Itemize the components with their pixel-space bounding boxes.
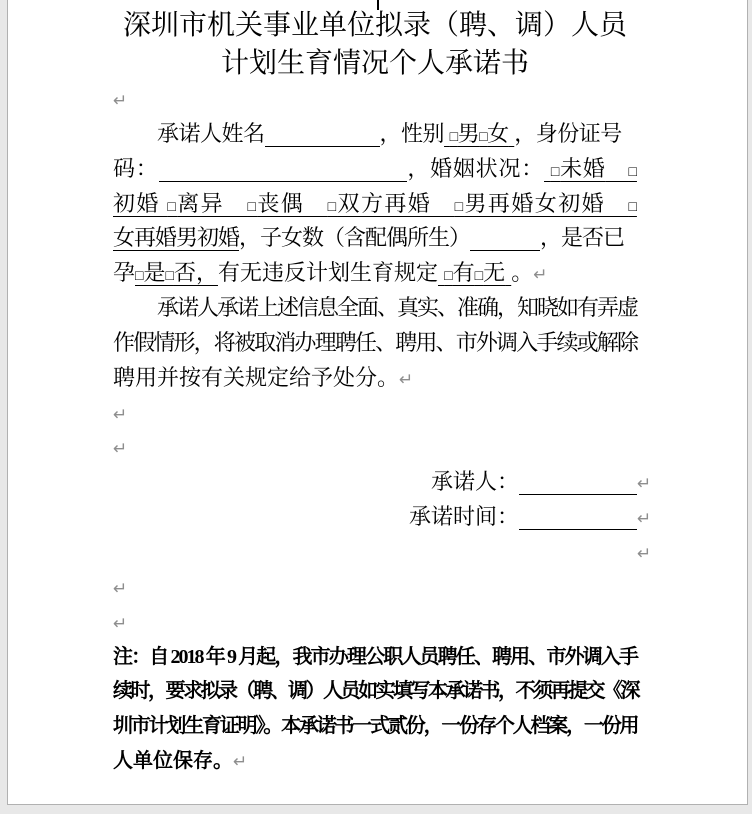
doc-title-line-2: 计划生育情况个人承诺书 xyxy=(113,44,637,82)
checkbox-pregnant-no[interactable]: □ xyxy=(166,267,174,283)
text-run: 女 xyxy=(487,121,509,146)
note-line-1: 注：自 2018 年 9 月起，我市办理公职人员聘任、聘用、市外调入手 xyxy=(113,640,637,675)
empty-paragraph: ↵ xyxy=(113,430,637,465)
gender-field: □男□女 xyxy=(444,121,514,146)
text-run: 男再婚女初婚 xyxy=(465,191,629,216)
note-line-4: 人单位保存。↵ xyxy=(113,744,637,779)
text-run: 承诺人姓名 xyxy=(157,121,265,146)
text-run: 男 xyxy=(458,121,480,146)
empty-paragraph: ↵ xyxy=(113,570,637,605)
signature-date-blank[interactable] xyxy=(519,529,637,530)
text-run: 女再婚男初婚 xyxy=(113,225,239,250)
paragraph-mark-icon: ↵ xyxy=(399,370,413,390)
signature-date-line: 承诺时间：↵ xyxy=(113,500,637,535)
paragraph-mark-icon: ↵ xyxy=(533,265,547,285)
form-line-id-marital: 码：，婚姻状况： □未婚 □ xyxy=(113,152,637,187)
text-run: 双方再婚 xyxy=(338,191,455,216)
text-run: 无 xyxy=(483,260,505,285)
checkbox-divorced[interactable]: □ xyxy=(167,198,177,214)
paragraph-mark-icon: ↵ xyxy=(113,579,127,599)
checkbox-widowed[interactable]: □ xyxy=(248,198,258,214)
text-run: 聘用并按有关规定给予处分。 xyxy=(113,365,399,390)
text-run: 是 xyxy=(143,260,165,285)
checkbox-violation-no[interactable]: □ xyxy=(475,267,483,283)
text-run: 注：自 2018 年 9 月起，我市办理公职人员聘任、聘用、市外调入手 xyxy=(113,646,637,668)
text-run: 人单位保存。 xyxy=(113,750,233,772)
title-text: 计划生育情况个人承诺书 xyxy=(221,47,529,78)
checkbox-unmarried[interactable]: □ xyxy=(551,163,560,179)
text-run: 否， xyxy=(174,260,218,285)
id-number-blank[interactable] xyxy=(159,181,407,182)
text-run: 圳市计划生育证明》。本承诺书一式贰份，一份存个人档案，一份用 xyxy=(113,715,637,737)
text-run: 未婚 xyxy=(560,156,606,181)
text-run: 孕 xyxy=(113,260,135,285)
text-run: 续时，要求拟录（聘、调）人员如实填写本承诺书，不须再提交《深 xyxy=(113,680,638,702)
text-run: 码： xyxy=(113,156,159,181)
text-run: 有 xyxy=(453,260,475,285)
paragraph-mark-icon: ↵ xyxy=(233,752,247,772)
doc-lines: ↵承诺人姓名，性别 □男□女 ，身份证号码：，婚姻状况： □未婚 □初婚 □离异… xyxy=(113,82,637,779)
document-page[interactable]: 深圳市机关事业单位拟录（聘、调）人员 计划生育情况个人承诺书 ↵承诺人姓名，性别… xyxy=(7,0,748,805)
checkbox-male[interactable]: □ xyxy=(450,128,458,144)
form-line-children-count: 女再婚男初婚，子女数（含配偶所生），是否已 xyxy=(113,221,637,256)
empty-paragraph: ↵ xyxy=(113,82,637,117)
paragraph-mark-icon: ↵ xyxy=(113,614,127,634)
checkbox-female[interactable]: □ xyxy=(479,128,487,144)
form-line-name-gender: 承诺人姓名，性别 □男□女 ，身份证号 xyxy=(113,117,637,152)
form-line-marital-options: 初婚 □离异 □丧偶 □双方再婚 □男再婚女初婚 □ xyxy=(113,187,637,222)
text-run: 作假情形，将被取消办理聘任、聘用、市外调入手续或解除 xyxy=(113,330,637,355)
text-run: 承诺人： xyxy=(431,469,519,494)
text-run: ，是否已 xyxy=(540,225,624,250)
text-run: 承诺时间： xyxy=(409,504,519,529)
commitment-line-2: 作假情形，将被取消办理聘任、聘用、市外调入手续或解除 xyxy=(113,326,637,361)
text-run: 初婚 xyxy=(113,191,167,216)
text-run: ，子女数（含配偶所生） xyxy=(239,225,470,250)
pregnancy-field: □是□否， xyxy=(135,260,218,285)
empty-paragraph: ↵ xyxy=(113,396,637,431)
text-run: 有无违反计划生育规定 xyxy=(218,260,438,285)
text-run: 。 xyxy=(511,260,533,285)
form-line-pregnancy-violation: 孕□是□否，有无违反计划生育规定 □有□无 。↵ xyxy=(113,256,637,291)
commitment-line-1: 承诺人承诺上述信息全面、真实、准确，知晓如有弄虚 xyxy=(113,291,637,326)
checkbox-female-remarried-male-first[interactable]: □ xyxy=(628,198,636,214)
note-line-2: 续时，要求拟录（聘、调）人员如实填写本承诺书，不须再提交《深 xyxy=(113,674,637,709)
checkbox-male-remarried-female-first[interactable]: □ xyxy=(455,198,465,214)
checkbox-first-marriage[interactable]: □ xyxy=(628,163,636,179)
paragraph-mark-icon: ↵ xyxy=(113,439,127,459)
paragraph-mark-icon: ↵ xyxy=(113,405,127,425)
page-content: 深圳市机关事业单位拟录（聘、调）人员 计划生育情况个人承诺书 ↵承诺人姓名，性别… xyxy=(113,6,637,779)
text-run: 离异 xyxy=(177,191,247,216)
commitment-line-3: 聘用并按有关规定给予处分。↵ xyxy=(113,361,637,396)
children-count-blank[interactable] xyxy=(470,250,540,251)
marital-status-field: □未婚 □ xyxy=(544,156,637,181)
doc-title-line-1: 深圳市机关事业单位拟录（聘、调）人员 xyxy=(113,6,637,44)
empty-paragraph: ↵ xyxy=(113,605,637,640)
text-run: ，婚姻状况： xyxy=(407,156,544,181)
text-run xyxy=(544,156,551,181)
text-run: ，身份证号 xyxy=(514,121,622,146)
text-run: 丧偶 xyxy=(257,191,327,216)
note-line-3: 圳市计划生育证明》。本承诺书一式贰份，一份存个人档案，一份用 xyxy=(113,709,637,744)
text-run: ，性别 xyxy=(380,121,445,146)
checkbox-violation-yes[interactable]: □ xyxy=(444,267,452,283)
name-blank[interactable] xyxy=(265,146,380,147)
marital-options-field: 初婚 □离异 □丧偶 □双方再婚 □男再婚女初婚 □ xyxy=(113,191,637,216)
empty-paragraph-right: ↵ xyxy=(113,535,637,570)
signature-line: 承诺人：↵ xyxy=(113,465,637,500)
violation-field: □有□无 xyxy=(438,260,511,285)
checkbox-both-remarried[interactable]: □ xyxy=(328,198,338,214)
title-text: 深圳市机关事业单位拟录（聘、调）人员 xyxy=(123,9,627,40)
text-run: 承诺人承诺上述信息全面、真实、准确，知晓如有弄虚 xyxy=(157,295,637,320)
signature-blank[interactable] xyxy=(519,494,637,495)
text-run xyxy=(606,156,629,181)
paragraph-mark-icon: ↵ xyxy=(113,91,127,111)
